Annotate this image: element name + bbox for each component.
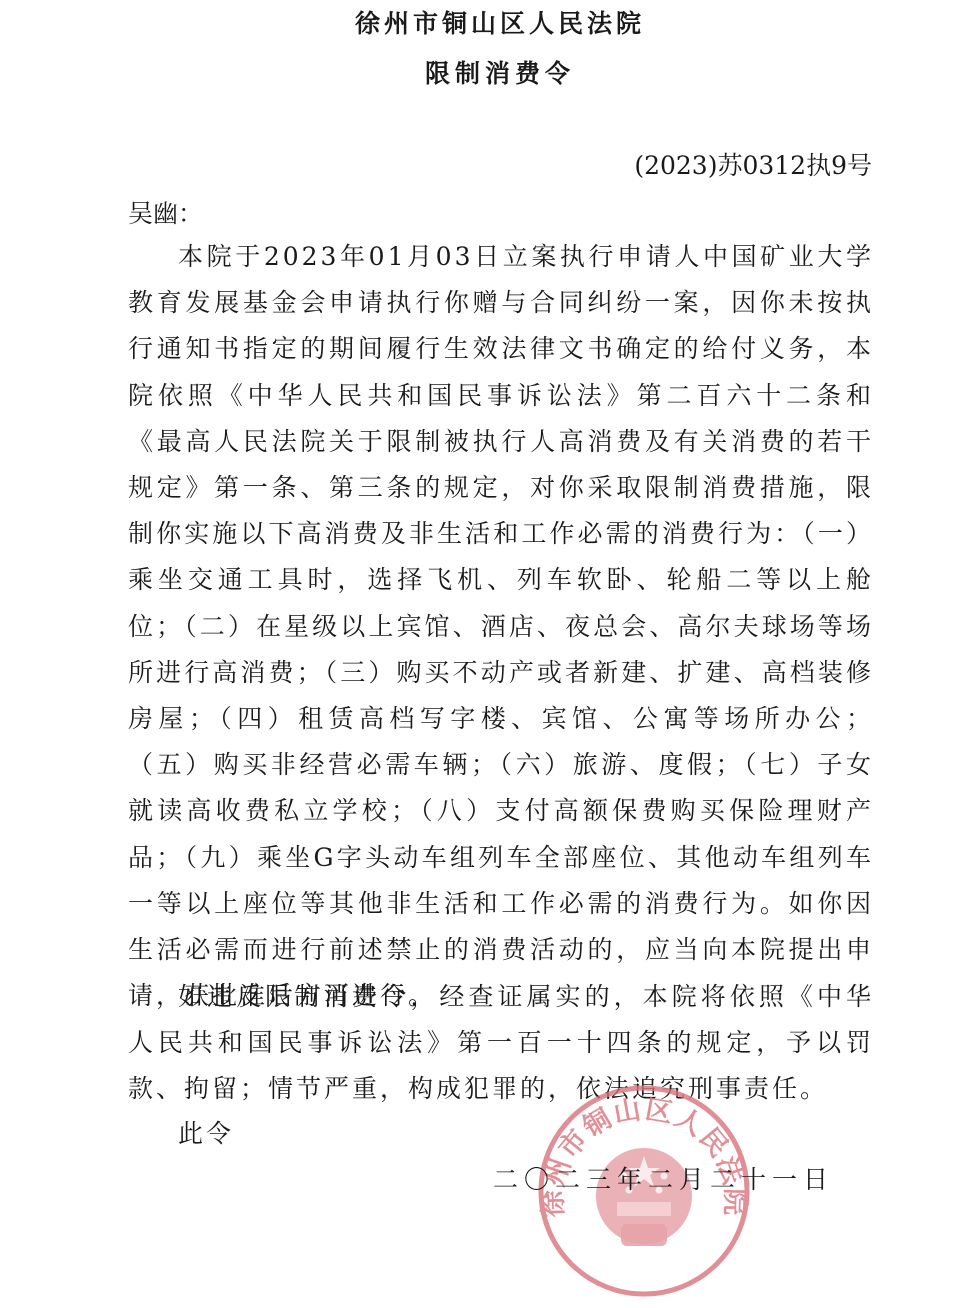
addressee: 吴幽： — [128, 194, 203, 234]
paragraph-text: 本院于2023年01月03日立案执行申请人中国矿业大学教育发展基金会申请执行你赠… — [128, 234, 874, 1019]
body-paragraph-2: 如违反限制消费令，经查证属实的，本院将依照《中华人民共和国民事诉讼法》第一百一十… — [128, 974, 874, 1113]
paragraph-text: 如违反限制消费令，经查证属实的，本院将依照《中华人民共和国民事诉讼法》第一百一十… — [128, 974, 874, 1113]
court-name: 徐州市铜山区人民法院 — [0, 4, 972, 44]
closing-phrase: 此令 — [178, 1114, 234, 1154]
issue-date: 二〇二三年二月二十一日 — [493, 1160, 834, 1200]
case-number: (2023)苏0312执9号 — [634, 146, 872, 186]
body-paragraph-1: 本院于2023年01月03日立案执行申请人中国矿业大学教育发展基金会申请执行你赠… — [128, 234, 874, 1019]
document-page: 徐州市铜山区人民法院 限制消费令 (2023)苏0312执9号 吴幽： 本院于2… — [0, 0, 972, 1308]
document-title: 限制消费令 — [0, 54, 972, 94]
